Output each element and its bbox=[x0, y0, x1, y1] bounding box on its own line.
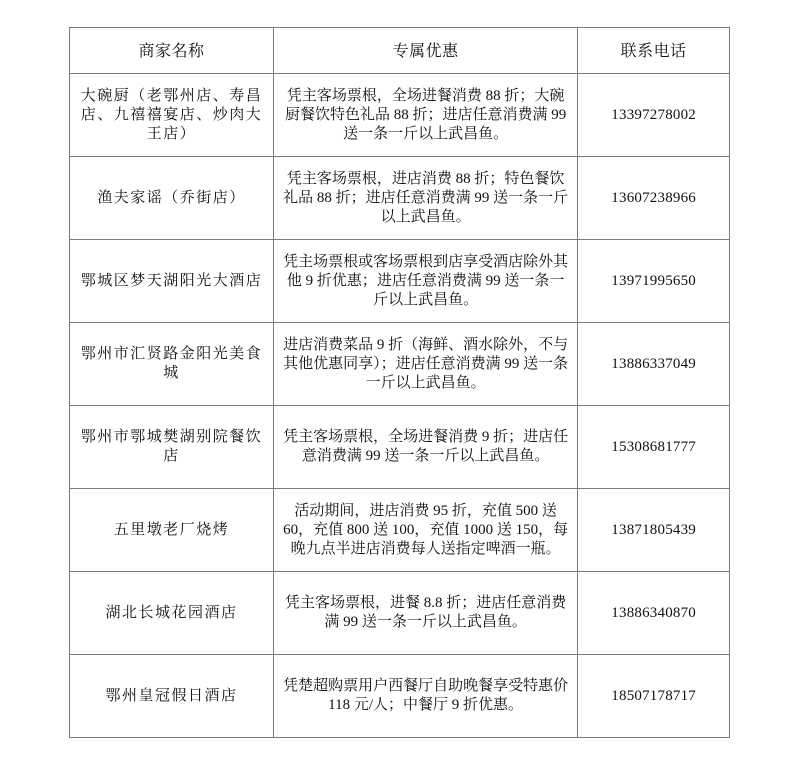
table-row: 鄂州皇冠假日酒店 凭楚超购票用户西餐厅自助晚餐享受特惠价 118 元/人；中餐厅… bbox=[70, 655, 730, 738]
table-row: 五里墩老厂烧烤 活动期间，进店消费 95 折，充值 500 送 60，充值 80… bbox=[70, 489, 730, 572]
offer-text: 凭主客场票根，进店消费 88 折；特色餐饮礼品 88 折；进店任意消费满 99 … bbox=[273, 157, 577, 240]
merchant-name: 鄂城区梦天湖阳光大酒店 bbox=[70, 240, 274, 323]
offer-text: 活动期间，进店消费 95 折，充值 500 送 60，充值 800 送 100，… bbox=[273, 489, 577, 572]
phone-number: 13971995650 bbox=[578, 240, 730, 323]
merchant-name: 渔夫家谣（乔街店） bbox=[70, 157, 274, 240]
merchant-name: 五里墩老厂烧烤 bbox=[70, 489, 274, 572]
table-row: 渔夫家谣（乔街店） 凭主客场票根，进店消费 88 折；特色餐饮礼品 88 折；进… bbox=[70, 157, 730, 240]
merchant-name: 鄂州皇冠假日酒店 bbox=[70, 655, 274, 738]
phone-number: 18507178717 bbox=[578, 655, 730, 738]
table-header-row: 商家名称 专属优惠 联系电话 bbox=[70, 28, 730, 74]
header-contact-phone: 联系电话 bbox=[578, 28, 730, 74]
merchant-name: 鄂州市鄂城樊湖别院餐饮店 bbox=[70, 406, 274, 489]
offer-text: 凭主客场票根，全场进餐消费 88 折；大碗厨餐饮特色礼品 88 折；进店任意消费… bbox=[273, 74, 577, 157]
table-row: 鄂州市鄂城樊湖别院餐饮店 凭主客场票根，全场进餐消费 9 折；进店任意消费满 9… bbox=[70, 406, 730, 489]
merchant-name: 湖北长城花园酒店 bbox=[70, 572, 274, 655]
header-exclusive-offer: 专属优惠 bbox=[273, 28, 577, 74]
merchant-offers-table: 商家名称 专属优惠 联系电话 大碗厨（老鄂州店、寿昌店、九禧禧宴店、炒肉大王店）… bbox=[69, 27, 730, 738]
table-row: 鄂城区梦天湖阳光大酒店 凭主场票根或客场票根到店享受酒店除外其他 9 折优惠；进… bbox=[70, 240, 730, 323]
merchant-name: 大碗厨（老鄂州店、寿昌店、九禧禧宴店、炒肉大王店） bbox=[70, 74, 274, 157]
offer-text: 进店消费菜品 9 折（海鲜、酒水除外，不与其他优惠同享）；进店任意消费满 99 … bbox=[273, 323, 577, 406]
merchant-name: 鄂州市汇贤路金阳光美食城 bbox=[70, 323, 274, 406]
offer-text: 凭主客场票根，进餐 8.8 折；进店任意消费满 99 送一条一斤以上武昌鱼。 bbox=[273, 572, 577, 655]
phone-number: 13886340870 bbox=[578, 572, 730, 655]
phone-number: 13397278002 bbox=[578, 74, 730, 157]
header-merchant-name: 商家名称 bbox=[70, 28, 274, 74]
phone-number: 13871805439 bbox=[578, 489, 730, 572]
table-row: 鄂州市汇贤路金阳光美食城 进店消费菜品 9 折（海鲜、酒水除外，不与其他优惠同享… bbox=[70, 323, 730, 406]
offer-text: 凭主客场票根，全场进餐消费 9 折；进店任意消费满 99 送一条一斤以上武昌鱼。 bbox=[273, 406, 577, 489]
phone-number: 13886337049 bbox=[578, 323, 730, 406]
phone-number: 15308681777 bbox=[578, 406, 730, 489]
offer-text: 凭主场票根或客场票根到店享受酒店除外其他 9 折优惠；进店任意消费满 99 送一… bbox=[273, 240, 577, 323]
phone-number: 13607238966 bbox=[578, 157, 730, 240]
table-row: 湖北长城花园酒店 凭主客场票根，进餐 8.8 折；进店任意消费满 99 送一条一… bbox=[70, 572, 730, 655]
offer-text: 凭楚超购票用户西餐厅自助晚餐享受特惠价 118 元/人；中餐厅 9 折优惠。 bbox=[273, 655, 577, 738]
table-row: 大碗厨（老鄂州店、寿昌店、九禧禧宴店、炒肉大王店） 凭主客场票根，全场进餐消费 … bbox=[70, 74, 730, 157]
